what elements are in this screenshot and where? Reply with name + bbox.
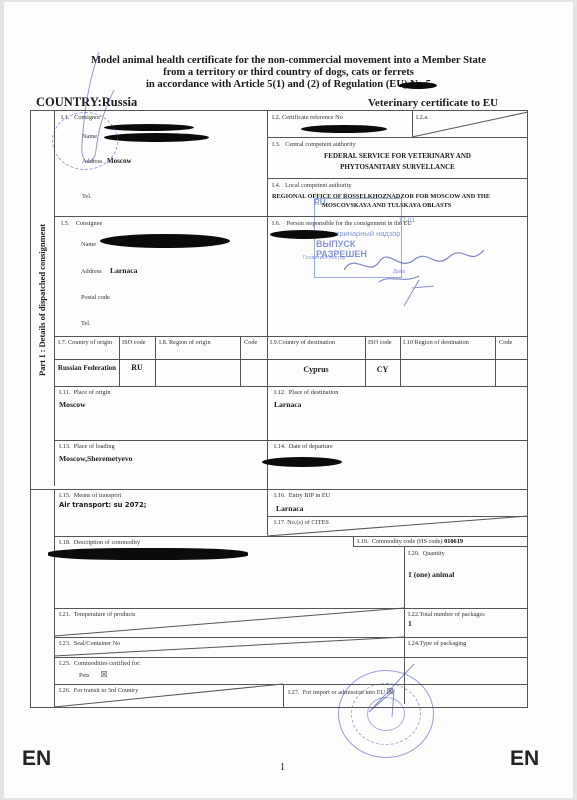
i3-value-line-1: FEDERAL SERVICE FOR VETERINARY AND (267, 152, 528, 160)
row-divider (267, 178, 528, 179)
i14-label: I.14. Date of departure (274, 443, 333, 450)
column-divider (267, 386, 268, 489)
i13-value: Moscow,Sheremetyevo (59, 454, 132, 463)
row-divider (54, 336, 528, 337)
language-code-left: EN (22, 747, 51, 771)
row-divider (54, 216, 528, 217)
cell-divider (240, 336, 241, 386)
i3-label: I.3. Central competent authority (272, 141, 356, 148)
i11-label: I.11. Place of origin (59, 389, 111, 396)
i22-label: I.22.Total number of packages (408, 611, 485, 618)
i10-code-label: Code (499, 339, 512, 346)
strike-line (54, 608, 404, 638)
signature-top (74, 50, 124, 170)
i8-code-label: Code (244, 339, 257, 346)
i24-label: I.24.Type of packaging (408, 640, 466, 647)
redaction (262, 457, 342, 467)
i3-value-line-2: PHYTOSANITARY SURVELLANCE (267, 163, 528, 171)
i5-tel-label: Tel. (81, 320, 91, 327)
cell-divider (365, 336, 366, 386)
i5-address-label: Address (81, 268, 102, 275)
i11-value: Moscow (59, 400, 86, 409)
i5-name-label: Name (81, 241, 96, 248)
row-divider (54, 440, 528, 441)
inspector-signature (334, 242, 494, 312)
language-code-right: EN (510, 747, 539, 771)
redaction (48, 548, 248, 560)
i7-iso-label: ISO code (122, 339, 146, 346)
i5-postal-label: Postal code (81, 294, 110, 301)
i18-label: I.18. Description of commodity (59, 539, 140, 546)
cell-divider (400, 336, 401, 386)
i4-label: I.4. Local competent authority (272, 182, 352, 189)
i8-label: I.8. Region of origin (159, 339, 211, 346)
i5-label: I.5. Consignee (61, 220, 102, 227)
i25-label: I.25. Commodities certified for: (59, 660, 141, 667)
i20-label: I.20. Quantity (408, 550, 445, 557)
i10-label: I.10 Region of destination (403, 339, 469, 346)
column-divider (267, 110, 268, 336)
i15-label: I.15. Means of transport (59, 492, 121, 499)
cell-divider (119, 336, 120, 386)
i9-iso-value: CY (365, 365, 400, 374)
i13-label: I.13. Place of loading (59, 443, 115, 450)
page-number: 1 (280, 762, 285, 773)
left-margin-line (54, 489, 55, 708)
i20-value: 1 (one) animal (408, 570, 454, 579)
redaction (301, 125, 387, 133)
certificate-type: Veterinary certificate to EU (368, 97, 498, 109)
i7-value: Russian Federation (56, 363, 118, 373)
part-one-side-label: Part I : Details of dispatched consignme… (30, 114, 54, 486)
i9-label: I.9.Country of destination (270, 339, 335, 346)
signature-bottom (354, 662, 424, 722)
redaction (270, 230, 338, 239)
i5-address-value: Larnaca (110, 266, 137, 275)
i22-value: 1 (408, 619, 412, 628)
row-divider (54, 359, 528, 360)
row-divider (30, 489, 528, 490)
i9-iso-label: ISO code (368, 339, 392, 346)
i9-value: Cyprus (267, 365, 365, 374)
i12-label: I.12. Place of destination (274, 389, 338, 396)
i19-label: I.19. Commodity code (HS code) 010619 (357, 538, 463, 545)
i2a-label: I.2.a. (416, 114, 429, 121)
cell-divider (155, 336, 156, 386)
cell-divider (495, 336, 496, 386)
pets-checkbox[interactable]: ☒ (101, 670, 108, 679)
i25-option-pets: Pets ☒ (79, 670, 108, 679)
redaction (100, 234, 230, 248)
cell-divider (267, 336, 268, 386)
row-divider (54, 657, 528, 658)
i7-label: I.7. Country of origin (58, 339, 116, 347)
i16-value: Larnaca (276, 504, 303, 513)
column-divider (283, 684, 284, 708)
strike-line (54, 684, 283, 708)
i12-value: Larnaca (274, 400, 301, 409)
redaction (399, 82, 437, 89)
row-divider (54, 386, 528, 387)
strike-line (412, 110, 528, 137)
i7-iso-value: RU (119, 363, 155, 372)
i16-label: I.16. Entry BIP in EU (274, 492, 330, 499)
i1-tel-label: Tel. (82, 193, 92, 200)
side-divider (54, 110, 55, 486)
certificate-page: Model animal health certificate for the … (4, 2, 573, 798)
i15-value: Air transport: su 2072; (59, 501, 147, 509)
i6-label: I.6. Person responsible for the consignm… (272, 220, 412, 227)
i2-label: I.2. Certificate reference No (272, 114, 343, 121)
strike-line (54, 637, 404, 657)
row-divider (267, 137, 528, 138)
strike-line (267, 516, 528, 538)
